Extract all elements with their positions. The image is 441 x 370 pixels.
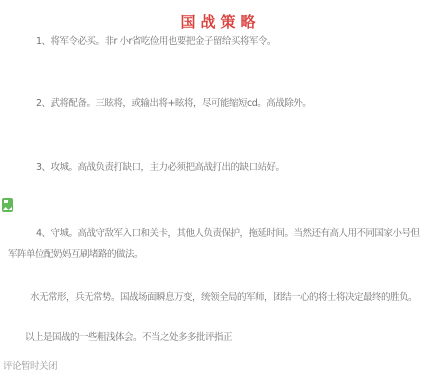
article-page: 国战策略 1、将军令必买。非r 小r省吃俭用也要把金子留给买将军令。 2、武将配… bbox=[0, 0, 441, 370]
strategy-item-2: 2、武将配备。三眩将，或输出将+眩将，尽可能缩短cd。高战除外。 bbox=[8, 93, 435, 114]
page-title: 国战策略 bbox=[0, 11, 441, 32]
closing-paragraph-2: 以上是国战的一些粗浅体会。不当之处多多批评指正 bbox=[8, 327, 435, 348]
image-placeholder-dot bbox=[4, 200, 8, 203]
strategy-item-1: 1、将军令必买。非r 小r省吃俭用也要把金子留给买将军令。 bbox=[8, 31, 435, 52]
image-placeholder-icon bbox=[2, 198, 13, 212]
comments-closed-note: 评论暂时关闭 bbox=[3, 358, 57, 370]
closing-paragraph-1: 水无常形，兵无常势。国战场面瞬息万变，统领全局的军师，团结一心的将士将决定最终的… bbox=[8, 287, 435, 308]
strategy-item-3: 3、攻城。高战负责打缺口，主力必须把高战打出的缺口站好。 bbox=[8, 157, 435, 178]
image-placeholder-tear bbox=[3, 207, 12, 210]
strategy-item-4: 4、守城。高战守敌军入口和关卡，其他人负责保护，拖延时间。当然还有高人用不同国家… bbox=[8, 223, 427, 265]
